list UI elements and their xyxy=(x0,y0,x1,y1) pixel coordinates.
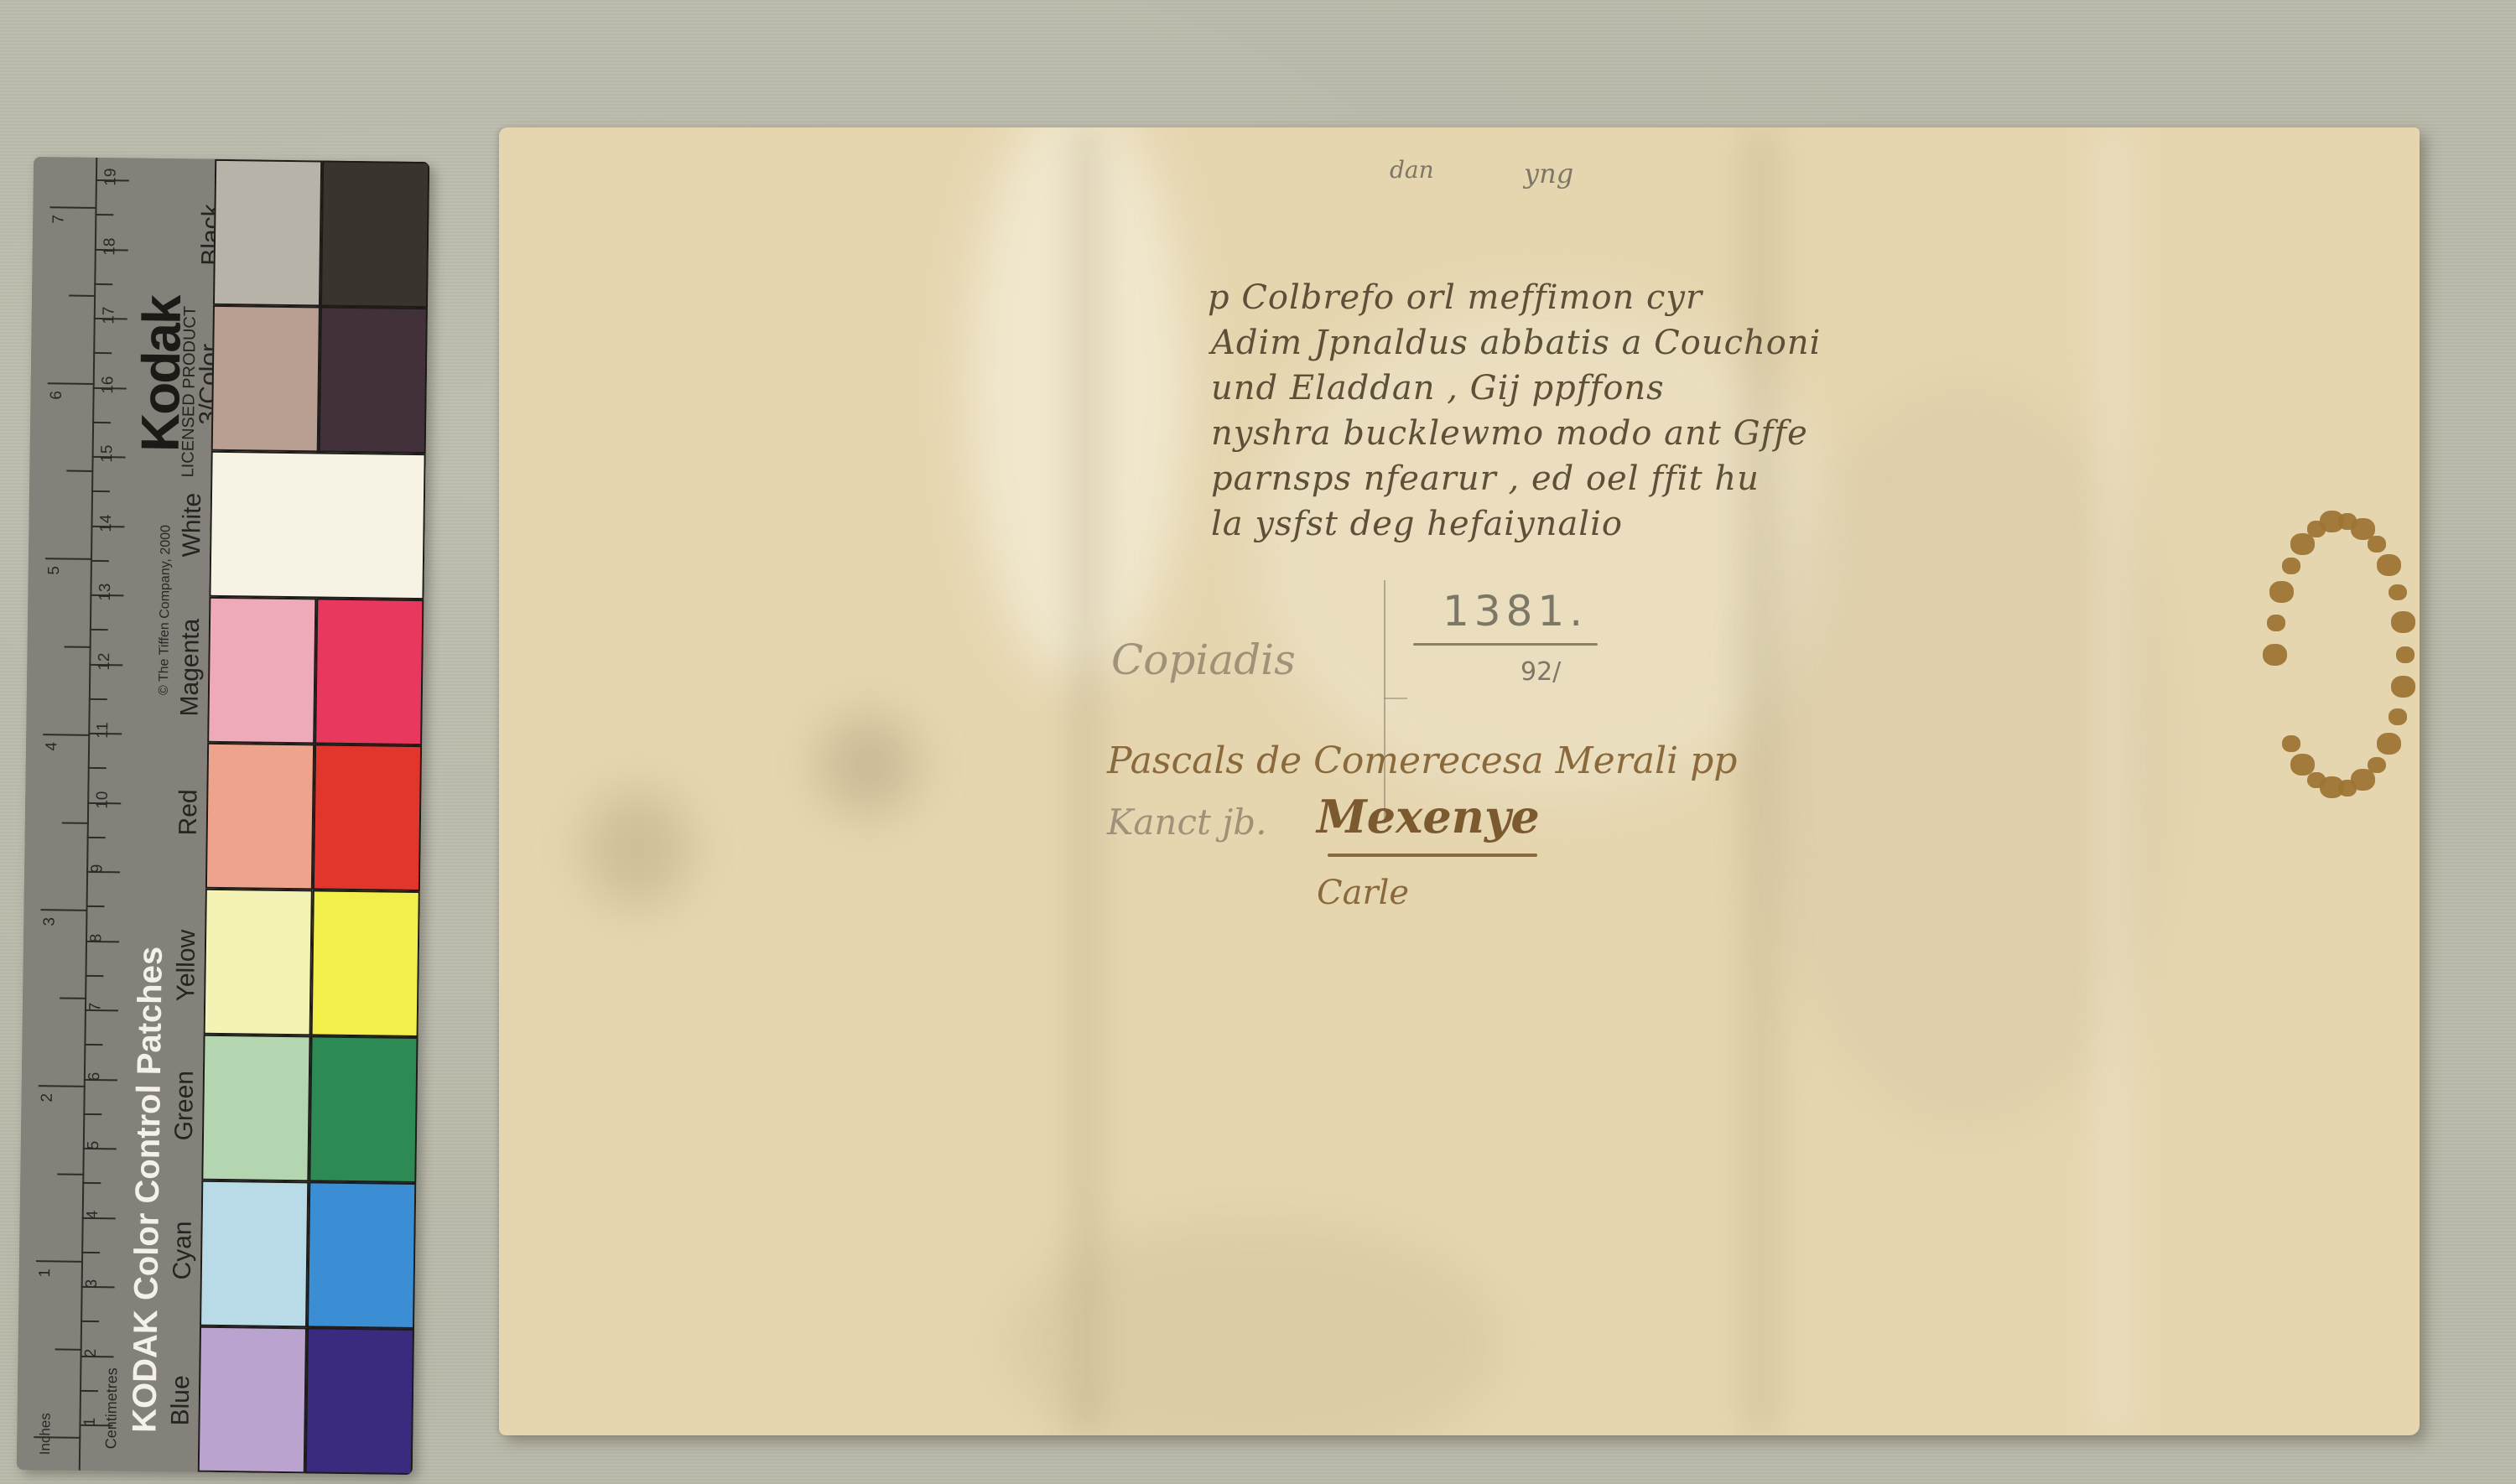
cm-tick-label: 9 xyxy=(88,864,107,874)
cm-tick-label: 11 xyxy=(94,722,112,739)
bracket-line xyxy=(1384,698,1407,699)
marginalia-yng: yng xyxy=(1524,158,1573,189)
patch-light xyxy=(213,159,322,307)
patch-dark xyxy=(314,598,424,745)
seal-stain-blob xyxy=(2282,735,2300,752)
patch-dark xyxy=(305,1327,414,1475)
seal-stain-blob xyxy=(2290,754,2315,776)
inch-tick-label: 5 xyxy=(45,566,64,575)
inch-tick-label: 7 xyxy=(50,215,69,224)
bracket-line xyxy=(1384,580,1385,823)
seal-stain-blob xyxy=(2368,536,2386,553)
cm-tick-label: 10 xyxy=(94,791,112,808)
inch-tick xyxy=(55,1349,82,1351)
patch-row-red xyxy=(205,743,422,891)
inch-tick-label: 6 xyxy=(48,391,66,400)
seal-stain-blob xyxy=(2269,581,2294,603)
patch-light xyxy=(198,1326,307,1474)
text-line: nyshra bucklewmo modo ant Gffe xyxy=(1211,414,1808,453)
ruler-tick xyxy=(82,1182,101,1184)
ruler-tick xyxy=(90,629,108,630)
seal-stain-blob xyxy=(2377,733,2401,755)
endorsement-line-1: Pascals de Comerecesa Merali pp xyxy=(1107,739,1737,782)
text-line: und Eladdan , Gij ppffons xyxy=(1211,369,1665,407)
seal-stain-blob xyxy=(2396,646,2415,663)
ruler-tick xyxy=(86,905,105,907)
text-line: Adim Jpnaldus abbatis a Couchoni xyxy=(1211,324,1821,362)
patch-light xyxy=(201,1035,310,1182)
cm-tick-label: 7 xyxy=(86,1003,105,1012)
seal-stain-blob xyxy=(2377,554,2401,576)
inch-tick xyxy=(66,470,93,472)
inch-tick-label: 3 xyxy=(41,917,60,926)
endorsement-name: Mexenye xyxy=(1317,790,1540,843)
cm-tick-label: 4 xyxy=(84,1210,102,1219)
patch-label: Magenta xyxy=(176,619,206,717)
cm-tick-label: 14 xyxy=(97,514,116,532)
cm-tick-label: 8 xyxy=(87,933,106,942)
seal-stain-ring xyxy=(2260,505,2420,807)
inch-tick-label: 2 xyxy=(39,1093,57,1103)
color-patches xyxy=(198,159,429,1475)
cm-tick-label: 18 xyxy=(101,237,119,255)
endorsement-line-3: Carle xyxy=(1317,874,1409,912)
patch-row-3-color xyxy=(211,305,428,454)
ruler-tick xyxy=(89,698,107,700)
text-line: la ysfst deg hefaiynalio xyxy=(1211,505,1623,543)
endorsement-line-2-prefix: Kanct jb. xyxy=(1107,802,1266,843)
inch-tick-label: 4 xyxy=(43,742,61,751)
inch-tick xyxy=(62,822,89,823)
ruler-tick xyxy=(91,490,110,492)
patch-row-magenta xyxy=(207,597,424,745)
ruler-tick xyxy=(81,1252,100,1253)
seal-stain-blob xyxy=(2389,584,2407,601)
inch-tick xyxy=(65,646,91,648)
text-line: parnsps nfearur , ed oel ffit hu xyxy=(1211,459,1760,498)
cm-tick-label: 12 xyxy=(96,652,114,670)
patch-light xyxy=(205,743,314,890)
seal-stain-blob xyxy=(2263,644,2287,666)
date-note: 1381. xyxy=(1443,587,1588,636)
centimetres-label: Centimetres xyxy=(102,1367,121,1449)
patch-light xyxy=(207,597,316,745)
patch-label: Blue xyxy=(166,1375,195,1425)
patch-row-black xyxy=(213,159,429,308)
cm-tick-label: 3 xyxy=(83,1279,101,1289)
seal-stain-blob xyxy=(2307,772,2326,789)
date-underline xyxy=(1413,643,1598,646)
parchment-document: dan yng p Colbrefo orl meffimon cyrAdim … xyxy=(499,127,2420,1435)
text-line: p Colbrefo orl meffimon cyr xyxy=(1208,278,1702,317)
patch-row-yellow xyxy=(204,889,420,1037)
inch-tick xyxy=(57,1173,84,1175)
cm-tick-label: 16 xyxy=(99,376,117,393)
seal-stain-blob xyxy=(2391,676,2415,698)
kodak-color-control-strip: 123456789101112131415161718191234567 Kod… xyxy=(17,157,429,1475)
cm-tick-label: 13 xyxy=(96,583,115,600)
patch-label: Yellow xyxy=(172,930,201,1002)
name-underline xyxy=(1328,854,1537,857)
ruler-tick xyxy=(91,560,109,562)
patch-light xyxy=(211,305,320,453)
ruler-tick xyxy=(92,422,111,423)
patch-row-white xyxy=(209,451,425,599)
inch-tick xyxy=(69,294,96,296)
patch-dark xyxy=(311,890,420,1037)
ruler-tick xyxy=(80,1390,98,1392)
fold-line xyxy=(1069,127,1103,1435)
patch-dark xyxy=(307,1181,416,1329)
patch-dark xyxy=(309,1035,418,1183)
ruler-tick xyxy=(83,1113,101,1115)
patch-label: White xyxy=(178,493,207,558)
patch-white xyxy=(209,451,425,599)
marginalia-dan: dan xyxy=(1390,156,1434,184)
paper-stain xyxy=(818,714,918,815)
patch-dark xyxy=(319,306,428,454)
copyright-text: © The Tiffen Company, 2000 xyxy=(157,525,174,695)
cm-tick-label: 15 xyxy=(98,444,117,462)
cm-tick-label: 17 xyxy=(100,306,118,324)
ruler-tick xyxy=(88,767,107,769)
ruler-tick xyxy=(94,283,112,285)
patch-label: Cyan xyxy=(169,1221,198,1279)
inches-label: Inches xyxy=(37,1413,55,1455)
ruler-tick xyxy=(95,214,113,215)
patch-label: Red xyxy=(174,789,204,835)
ruler-tick xyxy=(93,352,112,354)
seal-stain-blob xyxy=(2391,611,2415,633)
patch-row-cyan xyxy=(200,1180,416,1329)
ruler-tick xyxy=(85,975,103,977)
ruler-tick xyxy=(81,1321,99,1322)
endorsement-heading: Copiadis xyxy=(1111,636,1296,684)
seal-stain-blob xyxy=(2267,615,2285,631)
patch-row-green xyxy=(201,1035,418,1183)
patch-dark xyxy=(313,744,422,891)
kodak-title: KODAK Color Control Patches xyxy=(126,947,170,1434)
seal-stain-blob xyxy=(2389,708,2407,725)
seal-stain-blob xyxy=(2282,558,2300,574)
inch-tick xyxy=(60,998,86,999)
cm-tick-label: 1 xyxy=(81,1418,100,1427)
patch-row-blue xyxy=(198,1326,414,1475)
cm-tick-label: 6 xyxy=(86,1071,104,1081)
cm-tick-label: 19 xyxy=(101,168,120,185)
ruler-tick xyxy=(84,1044,102,1046)
inch-tick-label: 1 xyxy=(36,1269,55,1278)
patch-dark xyxy=(320,160,429,308)
patch-light xyxy=(200,1180,309,1328)
fold-line xyxy=(2092,127,2134,1435)
paper-stain xyxy=(583,790,692,907)
folio-note: 92/ xyxy=(1521,657,1561,687)
patch-light xyxy=(204,889,313,1036)
ruler-tick xyxy=(87,837,106,838)
patch-label: Green xyxy=(170,1071,200,1141)
cm-tick-label: 5 xyxy=(85,1141,103,1150)
cm-tick-label: 2 xyxy=(82,1348,101,1357)
